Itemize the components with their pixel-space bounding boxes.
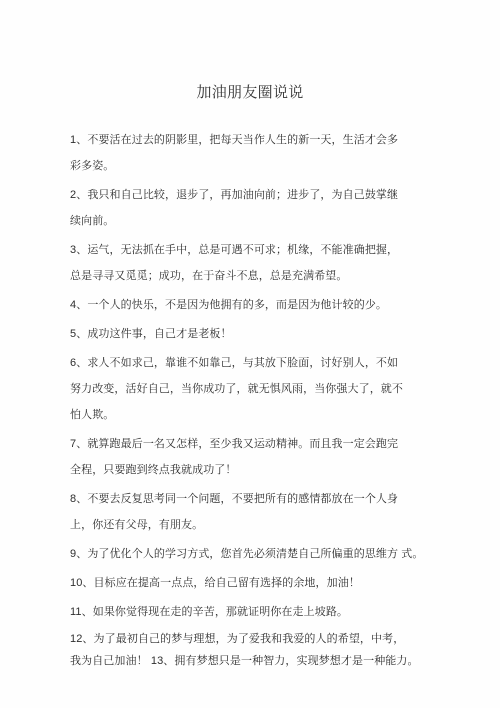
quote-line: 上，你还有父母，有朋友。 bbox=[70, 512, 415, 538]
quote-line: 11、如果你觉得现在走的辛苦，那就证明你在走上坡路。 bbox=[70, 599, 415, 625]
quote-line: 总是寻寻又觅觅；成功，在于奋斗不息，总是充满希望。 bbox=[70, 263, 415, 289]
quote-item-12: 12、为了最初自己的梦与理想，为了爱我和我爱的人的希望，中考， 我为自己加油！ … bbox=[70, 628, 415, 672]
quote-item-7: 7、就算跑最后一名又怎样，至少我又运动精神。而且我一定会跑完 全程，只要跑到终点… bbox=[70, 431, 415, 483]
quote-line: 续向前。 bbox=[70, 208, 415, 234]
quote-line: 1、不要活在过去的阴影里，把每天当作人生的新一天，生活才会多 bbox=[70, 127, 415, 153]
quote-line: 12、为了最初自己的梦与理想，为了爱我和我爱的人的希望，中考， bbox=[70, 628, 415, 650]
page-title: 加油朋友圈说说 bbox=[0, 0, 500, 103]
quote-line: 3、运气，无法抓在手中，总是可遇不可求；机缘，不能准确把握， bbox=[70, 237, 415, 263]
quote-line: 9、为了优化个人的学习方式，您首先必须清楚自己所偏重的思维方 式。 bbox=[70, 541, 415, 567]
quote-line: 彩多姿。 bbox=[70, 153, 415, 179]
quote-line: 全程，只要跑到终点我就成功了！ bbox=[70, 457, 415, 483]
quote-item-8: 8、不要去反复思考同一个问题，不要把所有的感情都放在一个人身 上，你还有父母，有… bbox=[70, 486, 415, 538]
document-page: 加油朋友圈说说 1、不要活在过去的阴影里，把每天当作人生的新一天，生活才会多 彩… bbox=[0, 0, 500, 708]
quote-item-5: 5、成功这件事，自己才是老板！ bbox=[70, 321, 415, 347]
quote-item-6: 6、求人不如求己，靠谁不如靠己，与其放下脸面，讨好别人，不如 努力改变，活好自己… bbox=[70, 350, 415, 428]
quote-item-3: 3、运气，无法抓在手中，总是可遇不可求；机缘，不能准确把握， 总是寻寻又觅觅；成… bbox=[70, 237, 415, 289]
quote-item-1: 1、不要活在过去的阴影里，把每天当作人生的新一天，生活才会多 彩多姿。 bbox=[70, 127, 415, 179]
quote-line: 8、不要去反复思考同一个问题，不要把所有的感情都放在一个人身 bbox=[70, 486, 415, 512]
quote-item-9: 9、为了优化个人的学习方式，您首先必须清楚自己所偏重的思维方 式。 bbox=[70, 541, 415, 567]
quote-line: 5、成功这件事，自己才是老板！ bbox=[70, 321, 415, 347]
quote-item-11: 11、如果你觉得现在走的辛苦，那就证明你在走上坡路。 bbox=[70, 599, 415, 625]
quote-line: 10、目标应在提高一点点，给自己留有选择的余地，加油！ bbox=[70, 570, 415, 596]
quote-list: 1、不要活在过去的阴影里，把每天当作人生的新一天，生活才会多 彩多姿。 2、我只… bbox=[70, 127, 415, 672]
quote-line: 我为自己加油！ 13、拥有梦想只是一种智力，实现梦想才是一种能力。 bbox=[70, 650, 415, 672]
quote-line: 6、求人不如求己，靠谁不如靠己，与其放下脸面，讨好别人，不如 bbox=[70, 350, 415, 376]
quote-line: 7、就算跑最后一名又怎样，至少我又运动精神。而且我一定会跑完 bbox=[70, 431, 415, 457]
quote-item-4: 4、一个人的快乐，不是因为他拥有的多，而是因为他计较的少。 bbox=[70, 292, 415, 318]
quote-line: 怕人欺。 bbox=[70, 402, 415, 428]
quote-item-10: 10、目标应在提高一点点，给自己留有选择的余地，加油！ bbox=[70, 570, 415, 596]
quote-item-2: 2、我只和自己比较，退步了，再加油向前；进步了，为自己鼓掌继 续向前。 bbox=[70, 182, 415, 234]
quote-line: 2、我只和自己比较，退步了，再加油向前；进步了，为自己鼓掌继 bbox=[70, 182, 415, 208]
quote-line: 努力改变，活好自己，当你成功了，就无惧风雨，当你强大了，就不 bbox=[70, 376, 415, 402]
quote-line: 4、一个人的快乐，不是因为他拥有的多，而是因为他计较的少。 bbox=[70, 292, 415, 318]
